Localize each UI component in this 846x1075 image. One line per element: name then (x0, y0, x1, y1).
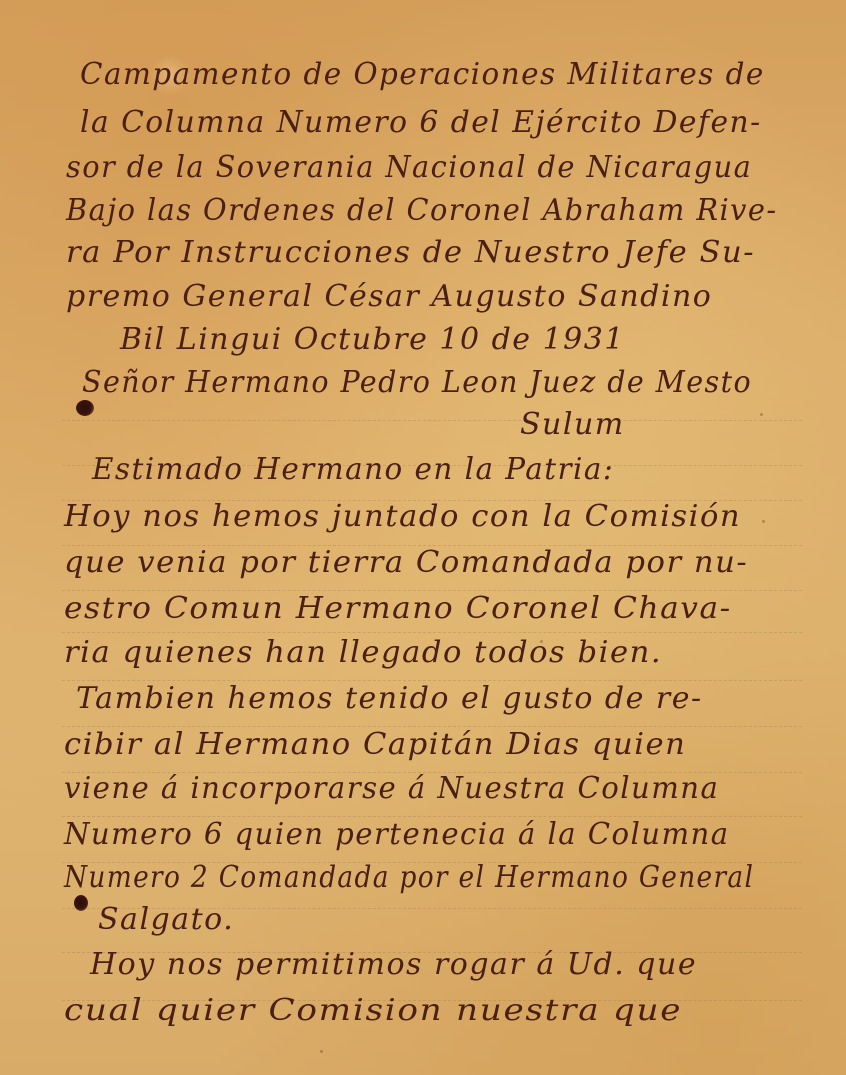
body-p1-line-3: estro Comun Hermano Coronel Chava- (64, 594, 732, 624)
paper-speck (760, 413, 763, 416)
header-line-2: la Columna Numero 6 del Ejército Defen- (80, 108, 762, 138)
header-line-1: Campamento de Operaciones Militares de (80, 60, 765, 90)
body-p3-line-2: cual quier Comision nuestra que (64, 996, 682, 1026)
recipient-line-2: Sulum (520, 410, 625, 440)
body-p1-line-2: que venia por tierra Comandada por nu- (64, 548, 748, 578)
letter-page: Campamento de Operaciones Militares de l… (0, 0, 846, 1075)
body-p3-line-1: Hoy nos permitimos rogar á Ud. que (90, 950, 697, 980)
body-p1-line-4: ria quienes han llegado todos bien. (64, 638, 662, 668)
body-p2-line-4: Numero 6 quien pertenecia á la Columna (64, 820, 730, 850)
salutation: Estimado Hermano en la Patria: (92, 455, 614, 485)
paper-speck (320, 1050, 323, 1053)
ruled-line (62, 632, 802, 633)
body-p1-line-1: Hoy nos hemos juntado con la Comisión (64, 502, 741, 532)
paper-speck (762, 520, 765, 523)
header-line-6: premo General César Augusto Sandino (66, 282, 712, 312)
body-p2-line-5: Numero 2 Comandada por el Hermano Genera… (64, 863, 754, 893)
header-line-3: sor de la Soverania Nacional de Nicaragu… (66, 153, 752, 183)
ink-blot (76, 400, 94, 416)
body-p2-line-2: cibir al Hermano Capitán Dias quien (64, 730, 686, 760)
body-p2-line-6: Salgato. (98, 905, 234, 935)
recipient-line-1: Señor Hermano Pedro Leon Juez de Mesto (82, 368, 752, 398)
body-p2-line-1: Tambien hemos tenido el gusto de re- (76, 684, 703, 714)
body-p2-line-3: viene á incorporarse á Nuestra Columna (64, 774, 719, 804)
ruled-line (62, 420, 802, 421)
header-line-4: Bajo las Ordenes del Coronel Abraham Riv… (66, 196, 778, 226)
header-line-5: ra Por Instrucciones de Nuestro Jefe Su- (66, 238, 755, 268)
ink-blot (74, 895, 88, 911)
place-date: Bil Lingui Octubre 10 de 1931 (120, 325, 625, 355)
